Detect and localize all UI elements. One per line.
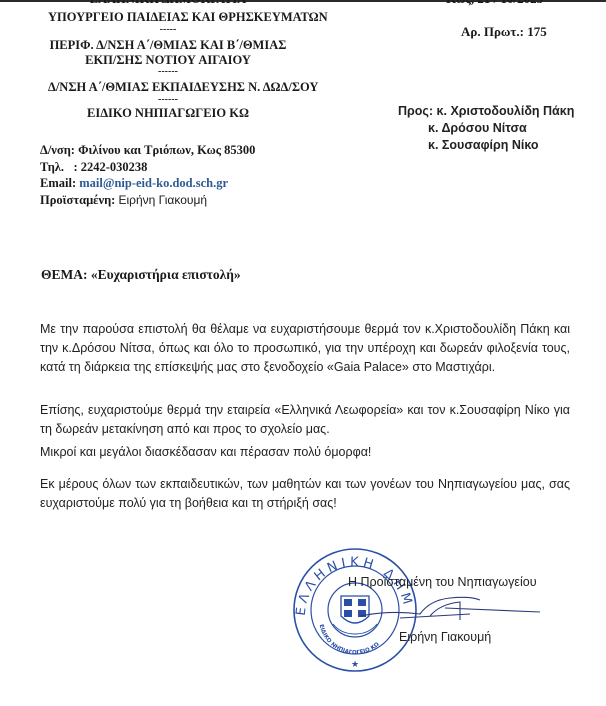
signature-title: Η Προϊσταμένη του Νηπιαγωγείου bbox=[348, 575, 537, 589]
svg-text:★: ★ bbox=[351, 659, 359, 669]
recipients-label: Προς: bbox=[398, 104, 433, 118]
head-label: Προϊσταμένη: bbox=[40, 193, 115, 207]
body-paragraph: Επίσης, ευχαριστούμε θερμά την εταιρεία … bbox=[40, 401, 570, 439]
contact-block: Δ/νση: Φιλίνου και Τριόπων, Κως 85300 Τη… bbox=[40, 142, 255, 208]
signature-name: Ειρήνη Γιακουμή bbox=[399, 630, 491, 644]
email-line: Email: mail@nip-eid-ko.dod.sch.gr bbox=[40, 175, 255, 192]
header-country: ΕΛΛΗΝΙΚΗ ΔΗΜΟΚΡΑΤΙΑ bbox=[48, 0, 288, 7]
address-label: Δ/νση: bbox=[40, 143, 75, 157]
header-school: ΕΙΔΙΚΟ ΝΗΠΙΑΓΩΓΕΙΟ ΚΩ bbox=[48, 106, 288, 121]
head-name: Ειρήνη Γιακουμή bbox=[118, 193, 207, 207]
phone-line: Τηλ. : 2242-030238 bbox=[40, 159, 255, 176]
subject-line: ΘΕΜΑ: «Ευχαριστήρια επιστολή» bbox=[41, 267, 241, 283]
address-value: Φιλίνου και Τριόπων, Κως 85300 bbox=[78, 143, 255, 157]
body-paragraph: Με την παρούσα επιστολή θα θέλαμε να ευχ… bbox=[40, 320, 570, 377]
header-directorate: Δ/ΝΣΗ Α΄/ΘΜΙΑΣ ΕΚΠΑΙΔΕΥΣΗΣ Ν. ΔΩΔ/ΣΟΥ bbox=[48, 80, 288, 95]
phone-value: : 2242-030238 bbox=[73, 160, 147, 174]
email-label: Email: bbox=[40, 176, 76, 190]
protocol-value: 175 bbox=[527, 24, 547, 39]
header-ministry: ΥΠΟΥΡΓΕΙΟ ΠΑΙΔΕΙΑΣ ΚΑΙ ΘΡΗΣΚΕΥΜΑΤΩΝ bbox=[48, 10, 288, 25]
header-separator: ------ bbox=[48, 94, 288, 105]
header-separator: ----- bbox=[48, 24, 288, 35]
header-separator: ------ bbox=[48, 66, 288, 77]
head-line: Προϊσταμένη: Ειρήνη Γιακουμή bbox=[40, 192, 255, 209]
protocol-label: Αρ. Πρωτ.: bbox=[461, 24, 524, 39]
protocol-number: Αρ. Πρωτ.: 175 bbox=[461, 24, 547, 40]
place-date: Κως, 21 / 10/2025 bbox=[446, 0, 543, 7]
body-paragraph: Μικροί και μεγάλοι διασκέδασαν και πέρασ… bbox=[40, 443, 570, 462]
recipient-name: κ. Δρόσου Νίτσα bbox=[398, 120, 574, 137]
handwritten-signature-icon bbox=[360, 590, 540, 630]
recipient-line: Προς: κ. Χριστοδουλίδη Πάκη bbox=[398, 103, 574, 120]
recipient-name: κ. Χριστοδουλίδη Πάκη bbox=[437, 104, 575, 118]
recipients-block: Προς: κ. Χριστοδουλίδη Πάκη κ. Δρόσου Νί… bbox=[398, 103, 574, 154]
body-paragraph: Εκ μέρους όλων των εκπαιδευτικών, των μα… bbox=[40, 475, 570, 513]
header-regional-line1: ΠΕΡΙΦ. Δ/ΝΣΗ Α΄/ΘΜΙΑΣ ΚΑΙ Β΄/ΘΜΙΑΣ bbox=[48, 38, 288, 53]
phone-label: Τηλ. bbox=[40, 160, 64, 174]
email-link[interactable]: mail@nip-eid-ko.dod.sch.gr bbox=[79, 176, 228, 190]
recipient-name: κ. Σουσαφίρη Νίκο bbox=[398, 137, 574, 154]
address-line: Δ/νση: Φιλίνου και Τριόπων, Κως 85300 bbox=[40, 142, 255, 159]
